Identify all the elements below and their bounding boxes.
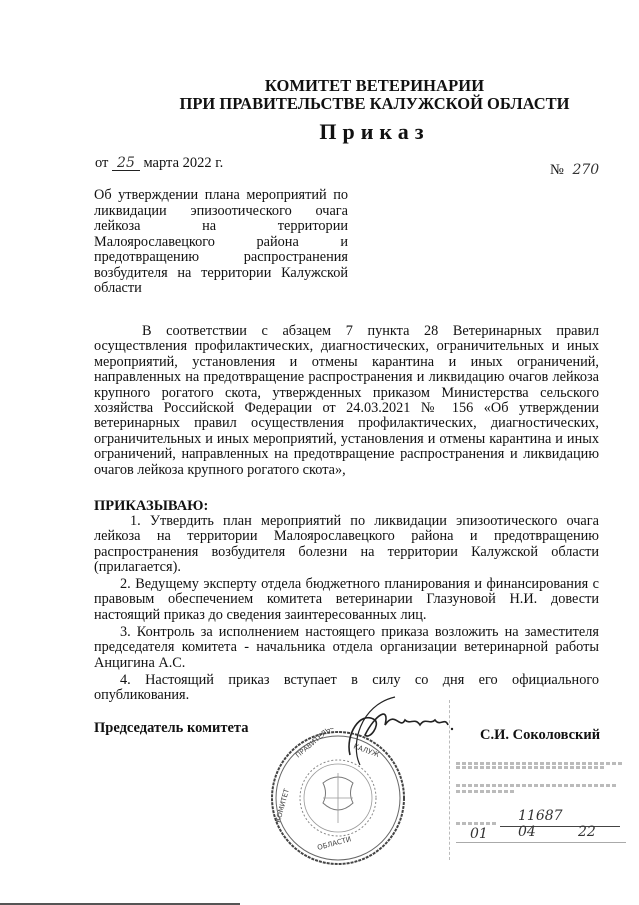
registration-day-handwritten: 01 — [470, 826, 488, 842]
document-date: от 25 марта 2022 г. — [95, 155, 223, 172]
document-page: КОМИТЕТ ВЕТЕРИНАРИИ ПРИ ПРАВИТЕЛЬСТВЕ КА… — [0, 0, 639, 905]
order-item-3: 3. Контроль за исполнением настоящего пр… — [94, 625, 599, 671]
svg-text:ОБЛАСТИ: ОБЛАСТИ — [316, 835, 352, 852]
number-prefix: № — [550, 162, 564, 178]
org-name-line1: КОМИТЕТ ВЕТЕРИНАРИИ — [55, 76, 639, 96]
order-item-1: 1. Утвердить план мероприятий по ликвида… — [94, 514, 599, 576]
date-day-handwritten: 25 — [112, 156, 140, 171]
preamble-paragraph: В соответствии с абзацем 7 пункта 28 Вет… — [94, 324, 599, 478]
registration-stamp: 11687 01 04 22 — [449, 700, 630, 860]
signature-title: Председатель комитета — [94, 720, 248, 737]
org-name-line2: ПРИ ПРАВИТЕЛЬСТВЕ КАЛУЖСКОЙ ОБЛАСТИ — [55, 94, 639, 114]
document-subject: Об утверждении плана мероприятий по ликв… — [94, 188, 348, 297]
registration-year-handwritten: 22 — [578, 824, 596, 840]
registration-month-handwritten: 04 — [518, 824, 536, 840]
document-number: № 270 — [550, 162, 604, 179]
order-item-2: 2. Ведущему эксперту отдела бюджетного п… — [94, 577, 599, 623]
date-rest: марта 2022 г. — [143, 155, 223, 171]
date-prefix: от — [95, 155, 108, 171]
number-value-handwritten: 270 — [567, 163, 604, 177]
document-title: Приказ — [55, 119, 639, 145]
registration-number-handwritten: 11687 — [518, 808, 563, 824]
handwritten-signature-icon — [340, 695, 460, 770]
